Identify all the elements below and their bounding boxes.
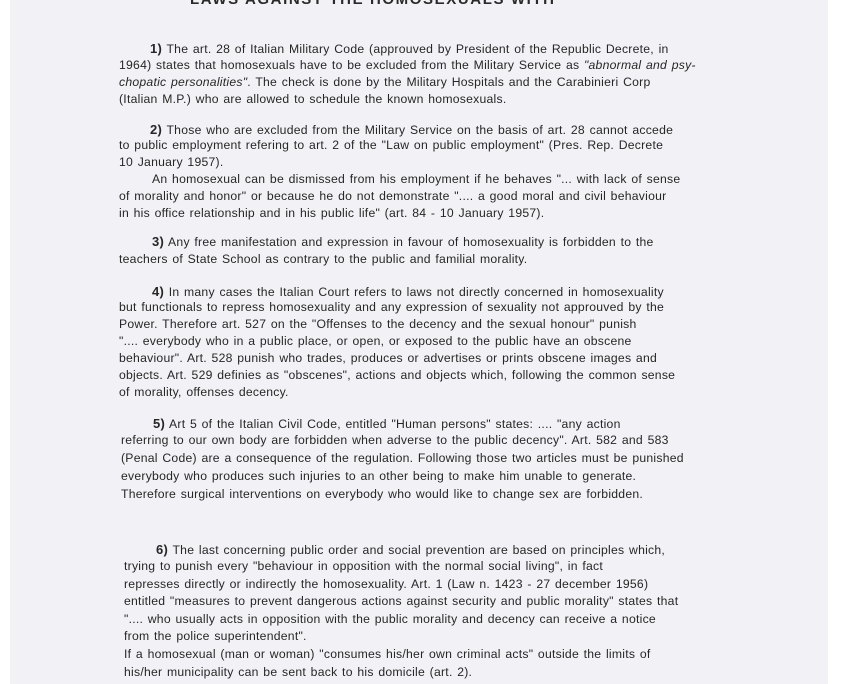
paragraph-line: An homosexual can be dismissed from his … — [152, 172, 680, 187]
paragraph-line: everybody who produces such injuries to … — [121, 469, 636, 484]
paragraph-line: 1) The art. 28 of Italian Military Code … — [150, 41, 669, 57]
paragraph-number: 2) — [150, 122, 162, 137]
paragraph-line: behaviour". Art. 528 punish who trades, … — [119, 351, 657, 366]
paragraph-line: objects. Art. 529 definies as "obscenes"… — [119, 368, 675, 383]
paragraph-line: 1964) states that homosexuals have to be… — [119, 58, 696, 73]
paragraph-line: 6) The last concerning public order and … — [156, 542, 665, 558]
line-text: 1964) states that homosexuals have to be… — [119, 58, 584, 72]
line-text: . The check is done by the Military Hosp… — [247, 75, 650, 89]
paragraph-line: ".... everybody who in a public place, o… — [119, 334, 632, 349]
paragraph-line: trying to punish every "behaviour in opp… — [124, 559, 603, 574]
line-text: Art 5 of the Italian Civil Code, entitle… — [169, 417, 621, 431]
paragraph-line: his/her municipality can be sent back to… — [124, 665, 472, 680]
paragraph-line: chopatic personalities". The check is do… — [119, 75, 651, 90]
paragraph-line: 10 January 1957). — [119, 155, 224, 170]
paragraph-line: 3) Any free manifestation and expression… — [152, 234, 654, 250]
document-title: LAWS AGAINST THE HOMOSEXUALS WITH — [190, 0, 556, 8]
line-text-italic: "abnormal and psy- — [584, 58, 696, 72]
paragraph-line: 5) Art 5 of the Italian Civil Code, enti… — [153, 416, 621, 432]
paragraph-line: but functionals to repress homosexuality… — [119, 300, 664, 315]
line-text: The last concerning public order and soc… — [172, 543, 665, 557]
line-text: Any free manifestation and expression in… — [168, 235, 654, 249]
paragraph-number: 1) — [150, 41, 162, 56]
line-text: Those who are excluded from the Military… — [166, 123, 673, 137]
line-text: In many cases the Italian Court refers t… — [169, 285, 664, 299]
paragraph-line: of morality and honor" or because he do … — [119, 189, 666, 204]
paragraph-number: 3) — [152, 234, 164, 249]
paragraph-line: If a homosexual (man or woman) "consumes… — [124, 647, 651, 662]
paragraph-line: from the police superintendent". — [124, 629, 307, 644]
paragraph-line: to public employment refering to art. 2 … — [119, 138, 663, 153]
paragraph-line: of morality, offenses decency. — [119, 385, 289, 400]
paragraph-number: 6) — [156, 542, 168, 557]
paragraph-line: represses directly or indirectly the hom… — [124, 577, 648, 592]
paragraph-line: (Penal Code) are a consequence of the re… — [121, 451, 684, 466]
paragraph-line: referring to our own body are forbidden … — [121, 433, 669, 448]
paragraph-line: Therefore surgical interventions on ever… — [121, 487, 643, 502]
paragraph-line: in his office relationship and in his pu… — [119, 206, 544, 221]
line-text-italic: chopatic personalities" — [119, 75, 247, 89]
paragraph-line: Power. Therefore art. 527 on the "Offens… — [119, 317, 637, 332]
paragraph-line: ".... who usually acts in opposition wit… — [124, 612, 656, 627]
paragraph-line: 4) In many cases the Italian Court refer… — [152, 284, 664, 300]
paragraph-number: 5) — [153, 416, 165, 431]
paragraph-line: entitled "measures to prevent dangerous … — [124, 594, 678, 609]
line-text: The art. 28 of Italian Military Code (ap… — [166, 42, 668, 56]
paragraph-line: (Italian M.P.) who are allowed to schedu… — [119, 92, 506, 107]
paragraph-line: teachers of State School as contrary to … — [119, 252, 527, 267]
paragraph-number: 4) — [152, 284, 164, 299]
paragraph-line: 2) Those who are excluded from the Milit… — [150, 122, 673, 138]
